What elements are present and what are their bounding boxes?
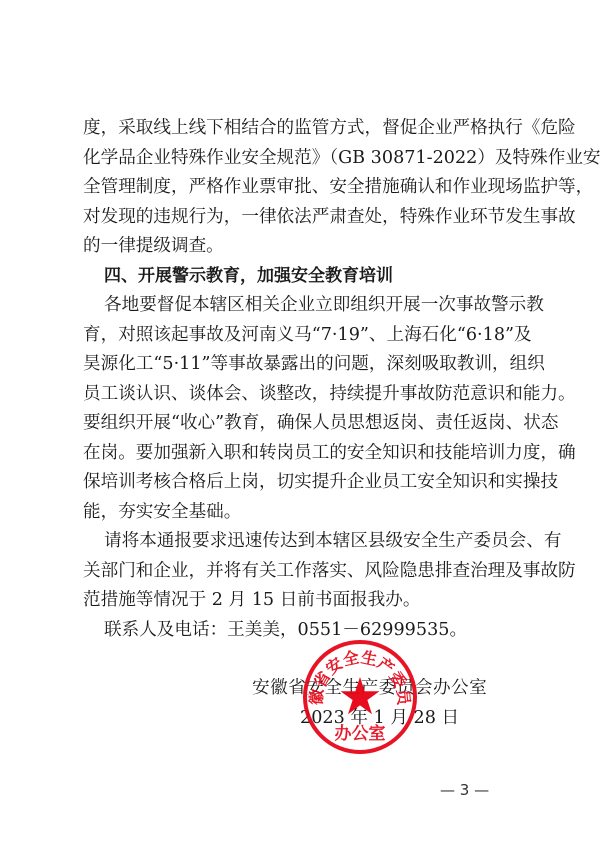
text-line: 能，夯实安全基础。 bbox=[83, 501, 525, 523]
official-seal: 安徽省安全生产委员会 办公室 bbox=[302, 639, 418, 755]
section-heading: 四、开展警示教育，加强安全教育培训 bbox=[104, 265, 525, 287]
text-line: 对发现的违规行为，一律依法严肃查处，特殊作业环节发生事故 bbox=[83, 206, 525, 228]
text-line: 员工谈认识、谈体会、谈整改，持续提升事故防范意识和能力。 bbox=[83, 383, 525, 405]
text-line: 要组织开展“收心”教育，确保人员思想返岗、责任返岗、状态 bbox=[83, 412, 525, 434]
seal-bottom-text: 办公室 bbox=[335, 723, 386, 744]
text-line: 全管理制度，严格作业票审批、安全措施确认和作业现场监护等， bbox=[83, 176, 525, 198]
contact-line: 联系人及电话：王美美，0551－62999535。 bbox=[104, 619, 525, 641]
text-line: 化学品企业特殊作业安全规范》（GB 30871-2022）及特殊作业安 bbox=[83, 147, 525, 169]
text-line: 保培训考核合格后上岗，切实提升企业员工安全知识和实操技 bbox=[83, 471, 525, 493]
text-line: 育，对照该起事故及河南义马“7·19”、上海石化“6·18”及 bbox=[83, 324, 525, 346]
text-line: 昊源化工“5·11”等事故暴露出的问题，深刻吸取教训，组织 bbox=[83, 353, 525, 375]
text-line: 各地要督促本辖区相关企业立即组织开展一次事故警示教 bbox=[104, 294, 525, 316]
text-line: 度，采取线上线下相结合的监管方式，督促企业严格执行《危险 bbox=[83, 117, 525, 139]
text-line: 范措施等情况于 2 月 15 日前书面报我办。 bbox=[83, 589, 525, 611]
text-line: 在岗。要加强新入职和转岗员工的安全知识和技能培训力度，确 bbox=[83, 442, 525, 464]
seal-star-icon bbox=[341, 677, 380, 714]
document-page: 度，采取线上线下相结合的监管方式，督促企业严格执行《危险 化学品企业特殊作业安全… bbox=[0, 0, 600, 848]
text-line: 关部门和企业，并将有关工作落实、风险隐患排查治理及事故防 bbox=[83, 560, 525, 582]
text-line: 的一律提级调查。 bbox=[83, 235, 525, 257]
text-line: 请将本通报要求迅速传达到本辖区县级安全生产委员会、有 bbox=[104, 530, 525, 552]
seal-stamp-icon: 安徽省安全生产委员会 办公室 bbox=[302, 639, 418, 755]
page-number: — 3 — bbox=[440, 780, 489, 800]
